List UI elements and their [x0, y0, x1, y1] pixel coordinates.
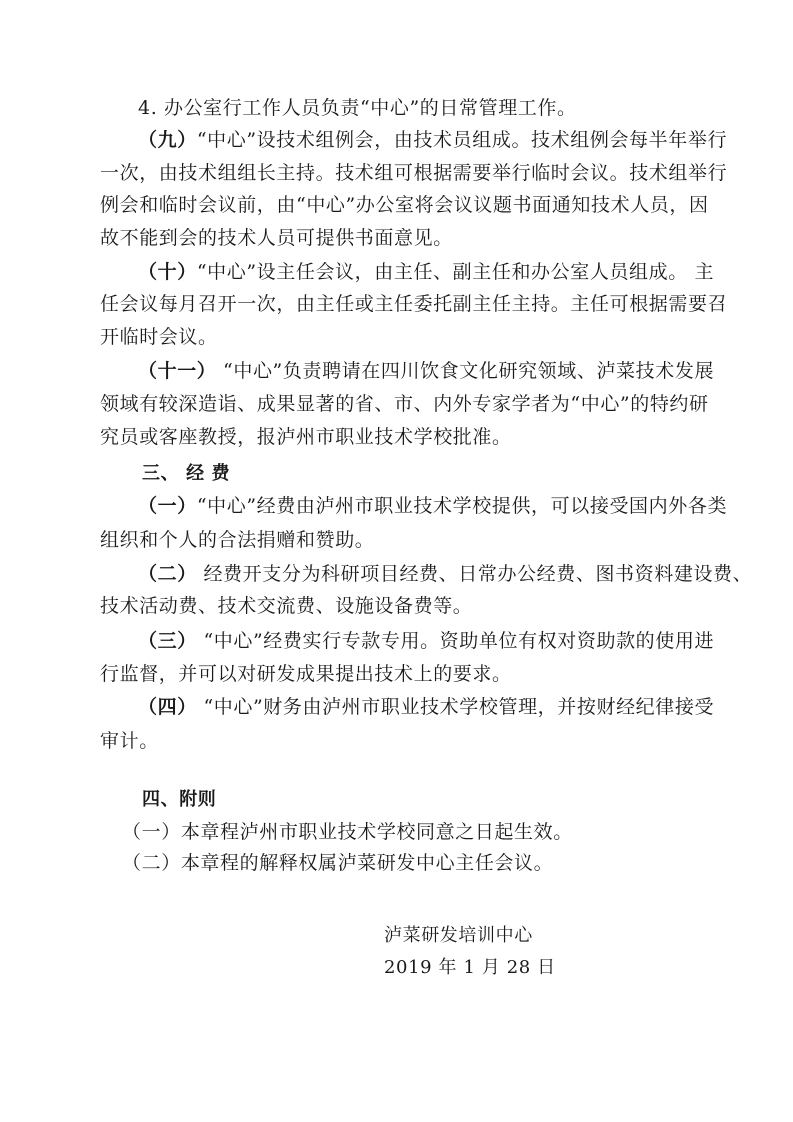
clause-text: “中心”财务由泸州市职业技术学校管理，并按财经纪律接受 — [197, 696, 714, 718]
paragraph-line: 例会和临时会议前，由“中心”办公室将会议议题书面通知技术人员，因 — [100, 193, 702, 217]
funding-clause-2-line: （二） 经费开支分为科研项目经费、日常办公经费、图书资料建设费、 — [138, 562, 702, 586]
appendix-clause-1-line: （一）本章程泸州市职业技术学校同意之日起生效。 — [122, 820, 724, 844]
clause-label: （九） — [138, 129, 197, 151]
section-heading-funding: 三、 经 费 — [142, 462, 706, 486]
paragraph-line: 技术活动费、技术交流费、设施设备费等。 — [100, 594, 702, 618]
paragraph-line: 领域有较深造诣、成果显著的省、市、内外专家学者为“中心”的特约研 — [100, 392, 702, 416]
clause-label: （一） — [138, 495, 197, 517]
document-page: 4. 办公室行工作人员负责“中心”的日常管理工作。 （九）“中心”设技术组例会，… — [0, 0, 793, 1122]
clause-text: “中心”设技术组例会，由技术员组成。技术组例会每半年举行 — [197, 129, 727, 151]
clause-text: 经费开支分为科研项目经费、日常办公经费、图书资料建设费、 — [197, 563, 752, 585]
clause-label: （三） — [138, 630, 197, 652]
paragraph-line: 故不能到会的技术人员可提供书面意见。 — [100, 226, 702, 250]
clause-label: （二） — [122, 852, 181, 874]
clause-label: （十） — [138, 261, 197, 283]
clause-label: （十一） — [138, 360, 216, 382]
paragraph-line: 开临时会议。 — [100, 325, 702, 349]
appendix-clause-2-line: （二）本章程的解释权属泸菜研发中心主任会议。 — [122, 851, 724, 875]
paragraph-line: 究员或客座教授，报泸州市职业技术学校批准。 — [100, 425, 702, 449]
signature-date: 2019 年 1 月 28 日 — [384, 956, 556, 980]
clause-text: 本章程泸州市职业技术学校同意之日起生效。 — [181, 821, 573, 843]
clause-text: 本章程的解释权属泸菜研发中心主任会议。 — [181, 852, 553, 874]
clause-10-line: （十）“中心”设主任会议，由主任、副主任和办公室人员组成。 主 — [138, 260, 702, 284]
paragraph-line: 行监督，并可以对研发成果提出技术上的要求。 — [100, 662, 702, 686]
funding-clause-1-line: （一）“中心”经费由泸州市职业技术学校提供，可以接受国内外各类 — [138, 494, 702, 518]
clause-text: “中心”经费实行专款专用。资助单位有权对资助款的使用进 — [197, 630, 714, 652]
paragraph-line: 4. 办公室行工作人员负责“中心”的日常管理工作。 — [138, 96, 702, 120]
signature-organization: 泸菜研发培训中心 — [384, 924, 533, 948]
clause-label: （四） — [138, 696, 197, 718]
clause-text: “中心”负责聘请在四川饮食文化研究领域、泸菜技术发展 — [216, 360, 714, 382]
paragraph-line: 审计。 — [100, 729, 702, 753]
funding-clause-3-line: （三） “中心”经费实行专款专用。资助单位有权对资助款的使用进 — [138, 629, 702, 653]
clause-9-line: （九）“中心”设技术组例会，由技术员组成。技术组例会每半年举行 — [138, 128, 702, 152]
clause-text: “中心”设主任会议，由主任、副主任和办公室人员组成。 主 — [197, 261, 714, 283]
clause-label: （一） — [122, 821, 181, 843]
paragraph-line: 一次，由技术组组长主持。技术组可根据需要举行临时会议。技术组举行 — [100, 161, 702, 185]
funding-clause-4-line: （四） “中心”财务由泸州市职业技术学校管理，并按财经纪律接受 — [138, 695, 702, 719]
paragraph-line: 任会议每月召开一次，由主任或主任委托副主任主持。主任可根据需要召 — [100, 292, 702, 316]
clause-label: （二） — [138, 563, 197, 585]
paragraph-line: 组织和个人的合法捐赠和赞助。 — [100, 528, 702, 552]
clause-11-line: （十一） “中心”负责聘请在四川饮食文化研究领域、泸菜技术发展 — [138, 359, 702, 383]
section-heading-appendix: 四、附则 — [142, 788, 706, 812]
clause-text: “中心”经费由泸州市职业技术学校提供，可以接受国内外各类 — [197, 495, 727, 517]
